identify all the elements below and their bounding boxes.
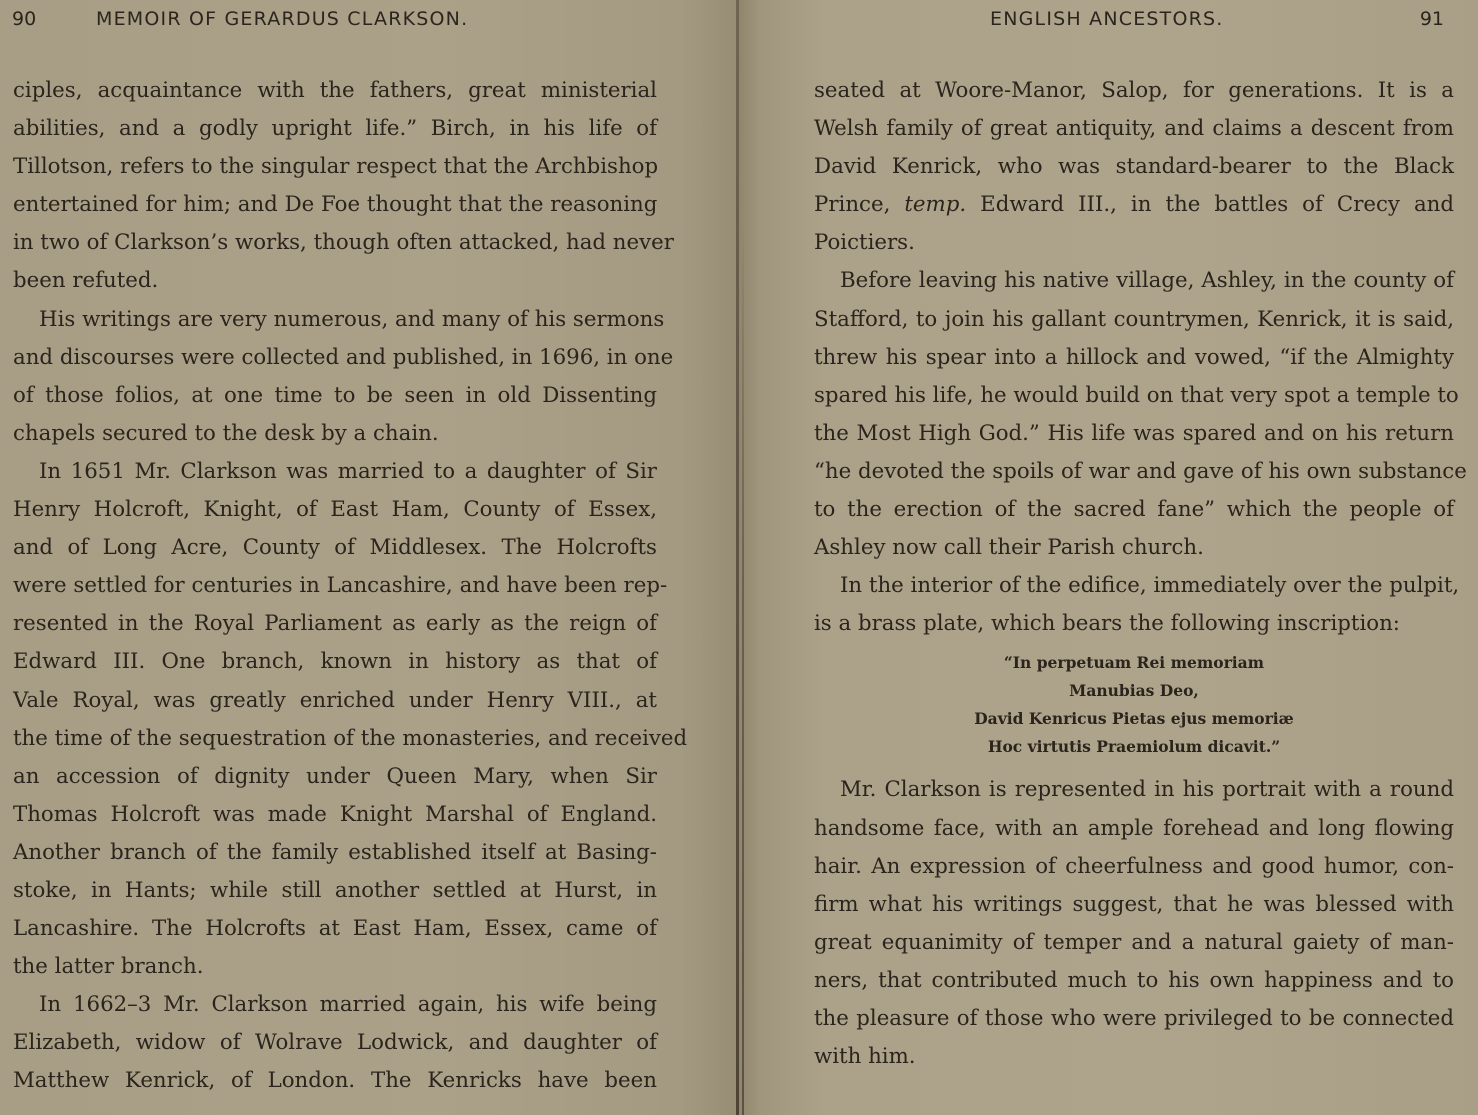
text-fragment: Prince,: [814, 192, 904, 217]
right-page-body: seated at Woore-Manor, Salop, for genera…: [814, 72, 1454, 1076]
text-line: handsome face, with an ample forehead an…: [814, 810, 1454, 848]
text-line: stoke, in Hants; while still another set…: [13, 872, 657, 910]
text-line: abilities, and a godly upright life.” Bi…: [13, 110, 657, 148]
text-line: Mr. Clarkson is represented in his portr…: [814, 771, 1454, 809]
text-line: in two of Clarkson’s works, though often…: [13, 224, 657, 262]
text-line: Poictiers.: [814, 224, 1454, 262]
left-page: 90 MEMOIR OF GERARDUS CLARKSON. ciples, …: [0, 0, 738, 1115]
text-line: great equanimity of temper and a natural…: [814, 924, 1454, 962]
right-page: ENGLISH ANCESTORS. 91 seated at Woore-Ma…: [738, 0, 1478, 1115]
left-page-body: ciples, acquaintance with the fathers, g…: [13, 72, 657, 1101]
text-line: Matthew Kenrick, of London. The Kenricks…: [13, 1062, 657, 1100]
text-line: seated at Woore-Manor, Salop, for genera…: [814, 72, 1454, 110]
text-line: Ashley now call their Parish church.: [814, 529, 1454, 567]
text-line: David Kenrick, who was standard-bearer t…: [814, 148, 1454, 186]
text-line: ners, that contributed much to his own h…: [814, 962, 1454, 1000]
text-line: and of Long Acre, County of Middlesex. T…: [13, 529, 657, 567]
text-line: with him.: [814, 1038, 1454, 1076]
inscription-line: Manubias Deo,: [814, 677, 1454, 705]
text-line: entertained for him; and De Foe thought …: [13, 186, 657, 224]
text-line: His writings are very numerous, and many…: [13, 301, 657, 339]
text-line: Prince, temp. Edward III., in the battle…: [814, 186, 1454, 224]
text-line: an accession of dignity under Queen Mary…: [13, 758, 657, 796]
inscription-line: “In perpetuam Rei memoriam: [814, 649, 1454, 677]
text-line: ciples, acquaintance with the fathers, g…: [13, 72, 657, 110]
text-line: Vale Royal, was greatly enriched under H…: [13, 682, 657, 720]
text-line: Lancashire. The Holcrofts at East Ham, E…: [13, 910, 657, 948]
book-gutter-shadow: [742, 220, 744, 1115]
text-line: the latter branch.: [13, 948, 657, 986]
text-fragment: Edward III., in the battles of Crecy and: [966, 192, 1454, 217]
running-head-right: ENGLISH ANCESTORS.: [990, 8, 1224, 38]
text-line: Elizabeth, widow of Wolrave Lodwick, and…: [13, 1024, 657, 1062]
running-head-left: MEMOIR OF GERARDUS CLARKSON.: [96, 8, 468, 38]
text-line: Tillotson, refers to the singular respec…: [13, 148, 657, 186]
text-line: been refuted.: [13, 262, 657, 300]
text-line: the time of the sequestration of the mon…: [13, 720, 657, 758]
text-line: Welsh family of great antiquity, and cla…: [814, 110, 1454, 148]
brass-plate-inscription: “In perpetuam Rei memoriam Manubias Deo,…: [814, 643, 1454, 771]
book-gutter-divider: [736, 0, 739, 1115]
text-line: the Most High God.” His life was spared …: [814, 415, 1454, 453]
text-line: In the interior of the edifice, immediat…: [814, 567, 1454, 605]
text-line: chapels secured to the desk by a chain.: [13, 415, 657, 453]
text-line: “he devoted the spoils of war and gave o…: [814, 453, 1454, 491]
text-line: were settled for centuries in Lancashire…: [13, 567, 657, 605]
text-line: Before leaving his native village, Ashle…: [814, 262, 1454, 300]
page-number-right: 91: [1420, 8, 1444, 30]
text-line: the pleasure of those who were privilege…: [814, 1000, 1454, 1038]
inscription-line: David Kenricus Pietas ejus memoriæ: [814, 705, 1454, 733]
page-number-left: 90: [12, 8, 36, 30]
inscription-line: Hoc virtutis Praemiolum dicavit.”: [814, 733, 1454, 761]
text-line: hair. An expression of cheerfulness and …: [814, 848, 1454, 886]
text-line: Henry Holcroft, Knight, of East Ham, Cou…: [13, 491, 657, 529]
text-line: firm what his writings suggest, that he …: [814, 886, 1454, 924]
text-line: threw his spear into a hillock and vowed…: [814, 339, 1454, 377]
text-line: and discourses were collected and publis…: [13, 339, 657, 377]
text-line: resented in the Royal Parliament as earl…: [13, 605, 657, 643]
text-line: In 1651 Mr. Clarkson was married to a da…: [13, 453, 657, 491]
text-line: In 1662–3 Mr. Clarkson married again, hi…: [13, 986, 657, 1024]
text-line: is a brass plate, which bears the follow…: [814, 605, 1454, 643]
book-spread: 90 MEMOIR OF GERARDUS CLARKSON. ciples, …: [0, 0, 1478, 1115]
text-line: Another branch of the family established…: [13, 834, 657, 872]
text-line: Edward III. One branch, known in history…: [13, 643, 657, 681]
italic-term-temp: temp.: [904, 192, 966, 217]
text-line: Thomas Holcroft was made Knight Marshal …: [13, 796, 657, 834]
text-line: to the erection of the sacred fane” whic…: [814, 491, 1454, 529]
text-line: Stafford, to join his gallant countrymen…: [814, 301, 1454, 339]
text-line: spared his life, he would build on that …: [814, 377, 1454, 415]
text-line: of those folios, at one time to be seen …: [13, 377, 657, 415]
